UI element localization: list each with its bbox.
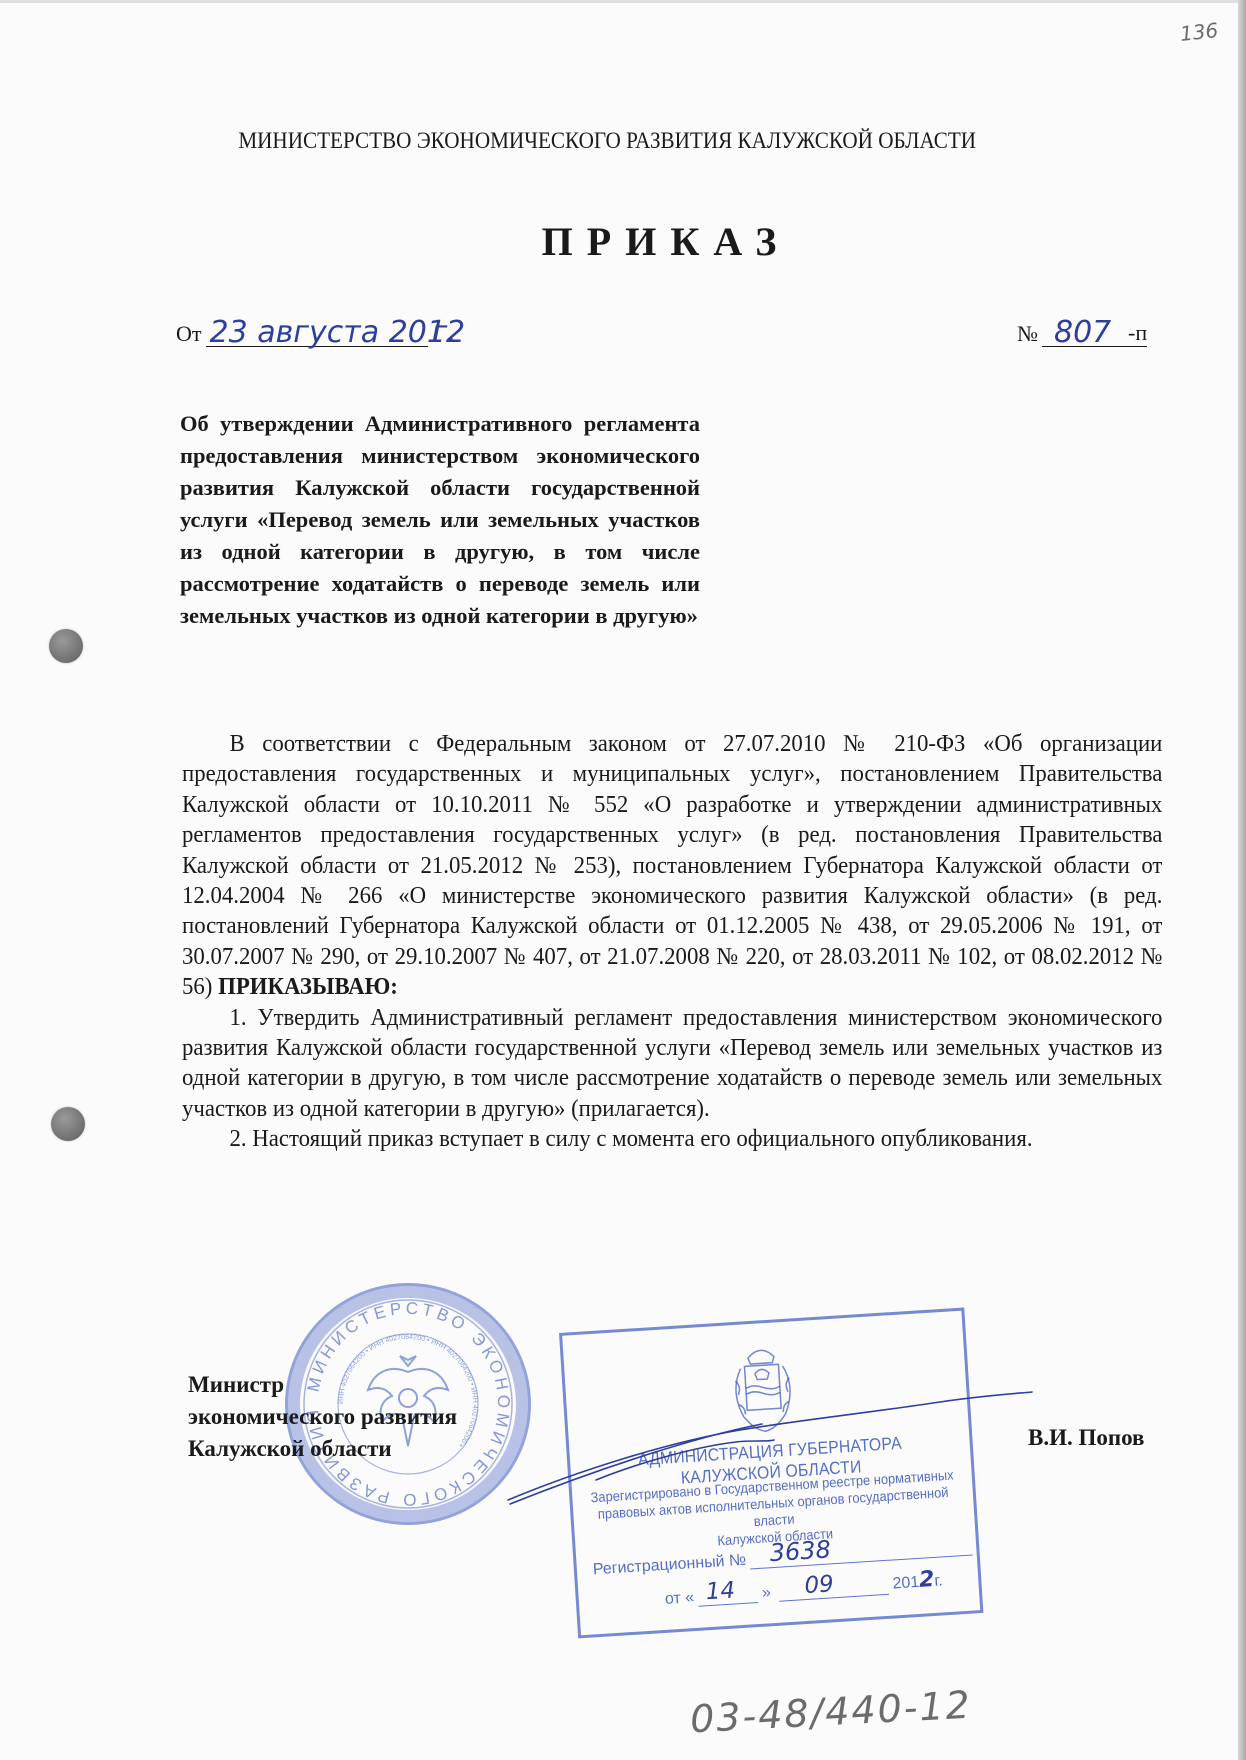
page-number-mark: 136 bbox=[1179, 18, 1219, 46]
preamble-text: В соответствии с Федеральным законом от … bbox=[182, 731, 1162, 1000]
order-word: ПРИКАЗЫВАЮ: bbox=[218, 974, 398, 1000]
registration-year-prefix: 201 bbox=[892, 1574, 920, 1593]
order-number: № 807 -п bbox=[1017, 316, 1147, 347]
signatory-position: Министр экономического развития Калужско… bbox=[188, 1369, 457, 1465]
number-field: 807 bbox=[1042, 316, 1128, 347]
registration-date-prefix: от « bbox=[664, 1589, 694, 1609]
punch-hole-upper bbox=[49, 629, 83, 663]
order-subject-title: Об утверждении Административного регламе… bbox=[180, 408, 700, 632]
registration-number-label: Регистрационный № bbox=[592, 1552, 746, 1580]
registration-month-field: 09 bbox=[778, 1570, 889, 1602]
order-item-1: 1. Утвердить Административный регламент … bbox=[182, 1003, 1162, 1125]
registration-month-handwritten: 09 bbox=[804, 1571, 835, 1599]
number-suffix: -п bbox=[1128, 320, 1147, 347]
position-line-3: Калужской области bbox=[188, 1433, 457, 1465]
handwritten-signature-icon bbox=[500, 1380, 1040, 1520]
date-prefix: От bbox=[176, 321, 202, 347]
document-type-title: ПРИКАЗ bbox=[0, 218, 1246, 265]
ministry-header: МИНИСТЕРСТВО ЭКОНОМИЧЕСКОГО РАЗВИТИЯ КАЛ… bbox=[0, 128, 1214, 154]
number-handwritten: 807 bbox=[1054, 315, 1111, 350]
registration-year-handwritten: 2 bbox=[918, 1567, 935, 1593]
order-date: От 23 августа 2012 г. bbox=[176, 316, 428, 347]
registration-year: 2012г. bbox=[892, 1566, 944, 1594]
date-handwritten: 23 августа 2012 bbox=[210, 315, 466, 350]
date-field: 23 августа 2012 г. bbox=[206, 316, 428, 347]
position-line-2: экономического развития bbox=[188, 1401, 457, 1433]
date-suffix: г. bbox=[432, 315, 457, 350]
order-item-2: 2. Настоящий приказ вступает в силу с мо… bbox=[182, 1124, 1162, 1154]
registration-year-suffix: г. bbox=[934, 1572, 943, 1589]
registration-number-handwritten: 3638 bbox=[769, 1535, 832, 1567]
signatory-name: В.И. Попов bbox=[1028, 1425, 1144, 1451]
order-body: В соответствии с Федеральным законом от … bbox=[182, 729, 1162, 1155]
position-line-1: Министр bbox=[188, 1369, 457, 1401]
punch-hole-lower bbox=[51, 1107, 85, 1141]
scan-edge-top bbox=[0, 0, 1246, 3]
registration-day-field: 14 bbox=[697, 1578, 758, 1607]
number-prefix: № bbox=[1017, 321, 1038, 347]
registration-day-handwritten: 14 bbox=[705, 1577, 736, 1605]
preamble-paragraph: В соответствии с Федеральным законом от … bbox=[182, 729, 1162, 1003]
archive-number: 03-48/440-12 bbox=[689, 1683, 973, 1742]
registration-quote-close: » bbox=[761, 1584, 771, 1603]
